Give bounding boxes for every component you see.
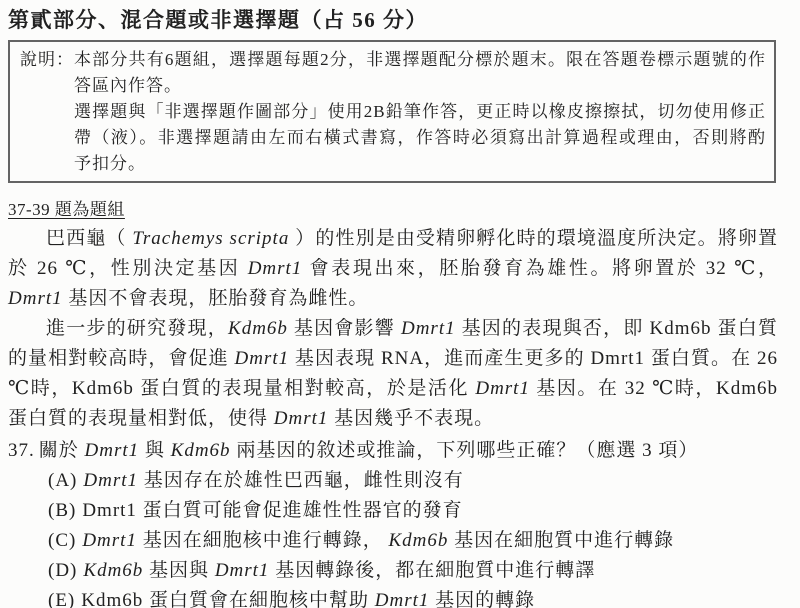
question-stem-text: 關於 Dmrt1 與 Kdm6b 兩基因的敘述或推論，下列哪些正確？（應選 3 … [39, 440, 699, 461]
passage-paragraph-2: 進一步的研究發現，Kdm6b 基因會影響 Dmrt1 基因的表現與否，即 Kdm… [8, 314, 778, 434]
option-row-b: (B)Dmrt1 蛋白質可能會促進雄性性器官的發育 [8, 496, 778, 526]
option-row-a: (A)Dmrt1 基因存在於雄性巴西龜，雌性則沒有 [8, 466, 778, 496]
question-stem: 37.關於 Dmrt1 與 Kdm6b 兩基因的敘述或推論，下列哪些正確？（應選… [8, 436, 778, 466]
option-row-e: (E)Kdm6b 蛋白質會在細胞核中幫助 Dmrt1 基因的轉錄 [8, 586, 778, 608]
option-label-e: (E) [48, 590, 75, 608]
instructions-box: 說明： 本部分共有6題組，選擇題每題2分，非選擇題配分標於題末。限在答題卷標示題… [8, 40, 776, 183]
option-label-b: (B) [48, 500, 76, 521]
option-row-c: (C)Dmrt1 基因在細胞核中進行轉錄， Kdm6b 基因在細胞質中進行轉錄 [8, 526, 778, 556]
instruction-paragraph-2: 選擇題與「非選擇題作圖部分」使用2B鉛筆作答，更正時以橡皮擦擦拭，切勿使用修正帶… [74, 99, 766, 177]
option-label-c: (C) [48, 530, 76, 551]
group-header-row: 37-39 題為題組 [8, 183, 800, 224]
option-text-c: Dmrt1 基因在細胞核中進行轉錄， Kdm6b 基因在細胞質中進行轉錄 [82, 530, 674, 551]
instructions-label: 說明： [20, 47, 74, 73]
option-label-a: (A) [48, 470, 77, 491]
exam-page: 第貳部分、混合題或非選擇題（占 56 分） 說明： 本部分共有6題組，選擇題每題… [0, 0, 800, 608]
option-text-a: Dmrt1 基因存在於雄性巴西龜，雌性則沒有 [83, 470, 463, 491]
instruction-paragraph-1: 本部分共有6題組，選擇題每題2分，非選擇題配分標於題末。限在答題卷標示題號的作答… [74, 47, 766, 99]
question-group-header: 37-39 題為題組 [8, 195, 125, 220]
option-label-d: (D) [48, 560, 77, 581]
option-text-d: Kdm6b 基因與 Dmrt1 基因轉錄後，都在細胞質中進行轉譯 [83, 560, 595, 581]
question-number: 37. [8, 440, 35, 461]
option-row-d: (D)Kdm6b 基因與 Dmrt1 基因轉錄後，都在細胞質中進行轉譯 [8, 556, 778, 586]
section-title: 第貳部分、混合題或非選擇題（占 56 分） [8, 4, 800, 34]
option-text-b: Dmrt1 蛋白質可能會促進雄性性器官的發育 [82, 500, 462, 521]
passage-paragraph-1: 巴西龜（ Trachemys scripta ）的性別是由受精卵孵化時的環境溫度… [8, 224, 778, 314]
question-37: 37.關於 Dmrt1 與 Kdm6b 兩基因的敘述或推論，下列哪些正確？（應選… [8, 436, 778, 608]
option-text-e: Kdm6b 蛋白質會在細胞核中幫助 Dmrt1 基因的轉錄 [81, 590, 535, 608]
passage: 巴西龜（ Trachemys scripta ）的性別是由受精卵孵化時的環境溫度… [8, 224, 778, 434]
instructions-content: 本部分共有6題組，選擇題每題2分，非選擇題配分標於題末。限在答題卷標示題號的作答… [74, 47, 766, 177]
